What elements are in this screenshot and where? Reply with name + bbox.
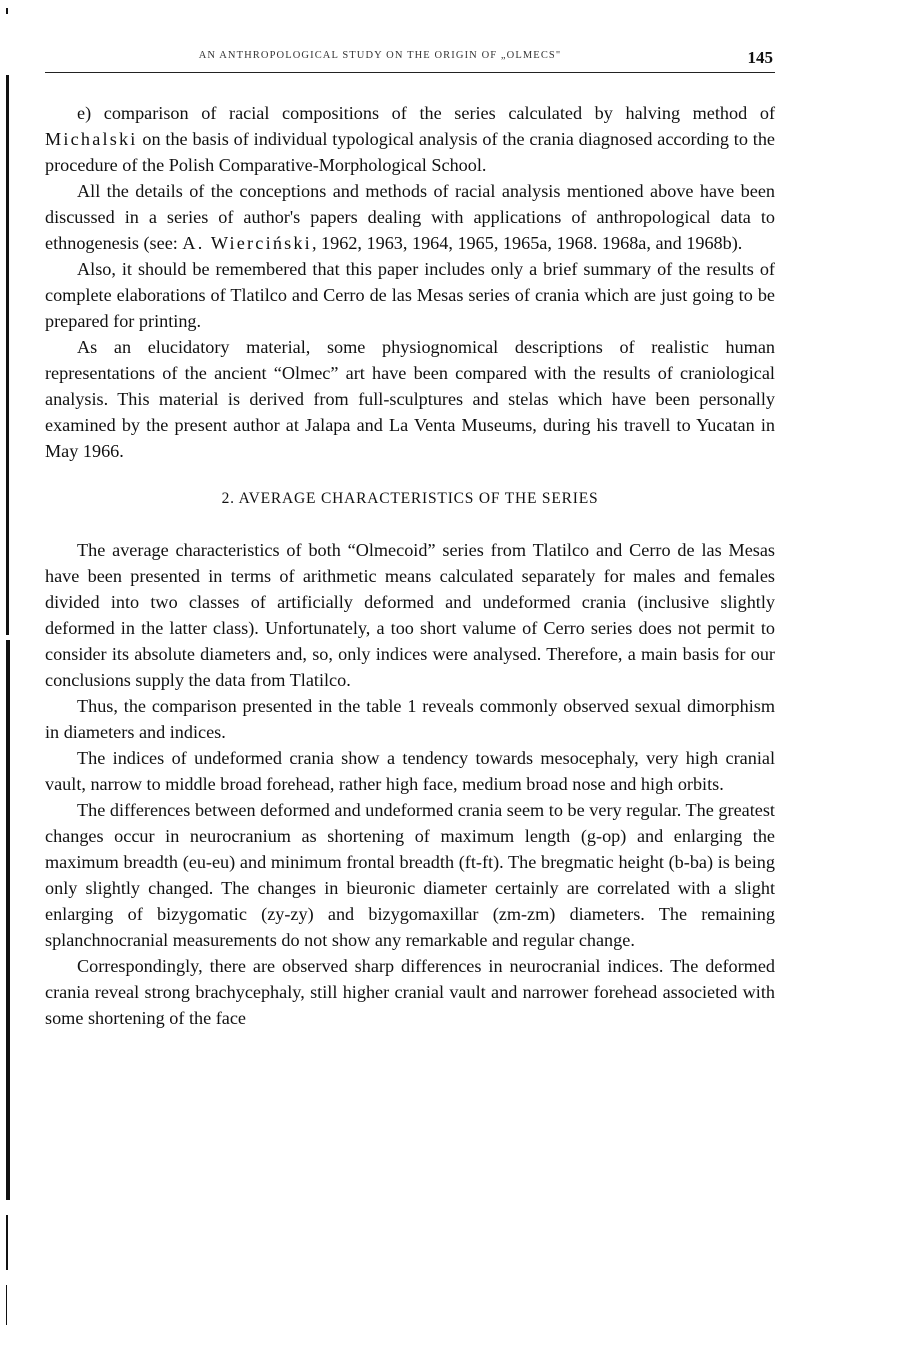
running-title: AN ANTHROPOLOGICAL STUDY ON THE ORIGIN O…: [45, 50, 715, 61]
running-head: AN ANTHROPOLOGICAL STUDY ON THE ORIGIN O…: [45, 44, 775, 73]
section-heading: 2. AVERAGE CHARACTERISTICS OF THE SERIES: [45, 486, 775, 512]
paragraph-text: , 1962, 1963, 1964, 1965, 1965a, 1968. 1…: [312, 233, 742, 253]
paragraph-text: As an elucidatory material, some physiog…: [45, 337, 775, 461]
intro-paragraphs: e) comparison of racial compositions of …: [45, 100, 775, 464]
paragraph: All the details of the conceptions and m…: [45, 178, 775, 256]
section-paragraphs: The average characteristics of both “Olm…: [45, 537, 775, 1031]
author-name: A. Wierciński: [182, 233, 312, 253]
paragraph-text: on the basis of individual typological a…: [45, 129, 775, 175]
paragraph: Thus, the comparison presented in the ta…: [45, 693, 775, 745]
paragraph: As an elucidatory material, some physiog…: [45, 334, 775, 464]
paragraph: The differences between deformed and und…: [45, 797, 775, 953]
paragraph-text: e) comparison of racial compositions of …: [77, 103, 775, 123]
page-number: 145: [748, 48, 774, 68]
page-body: e) comparison of racial compositions of …: [45, 100, 775, 1031]
paragraph-text: Also, it should be remembered that this …: [45, 259, 775, 331]
paragraph: Correspondingly, there are observed shar…: [45, 953, 775, 1031]
paragraph: Also, it should be remembered that this …: [45, 256, 775, 334]
paragraph: The indices of undeformed crania show a …: [45, 745, 775, 797]
paragraph: The average characteristics of both “Olm…: [45, 537, 775, 693]
author-name: Michalski: [45, 129, 138, 149]
paragraph: e) comparison of racial compositions of …: [45, 100, 775, 178]
scanned-binding-edge: [6, 0, 10, 1369]
